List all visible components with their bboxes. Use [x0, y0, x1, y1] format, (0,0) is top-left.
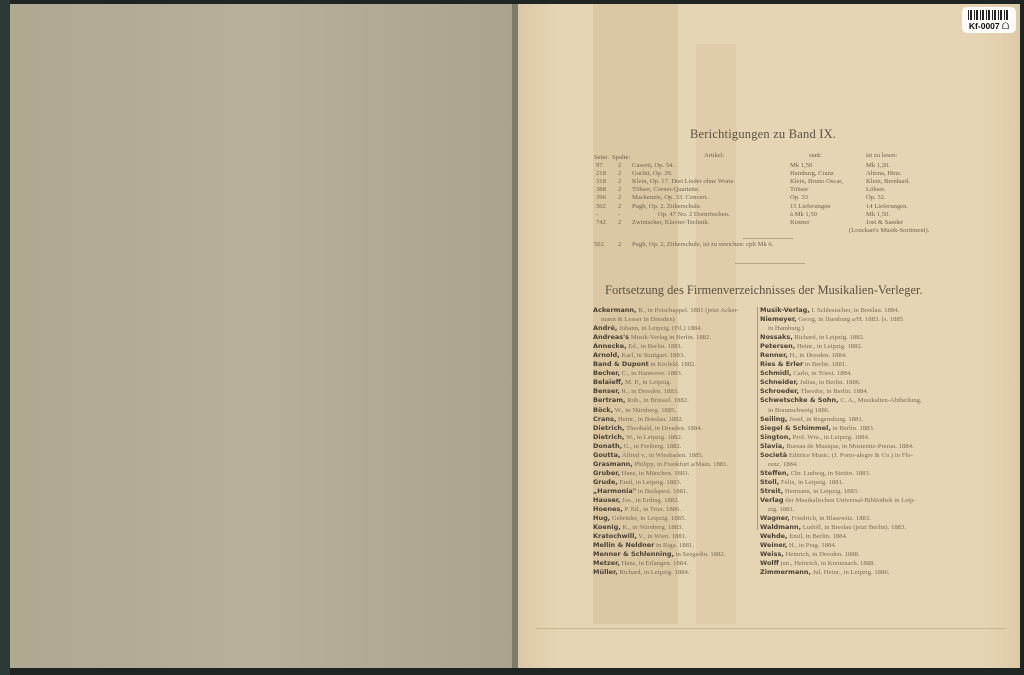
- archive-code: Kf-0007: [969, 21, 1000, 31]
- publisher-name: Ackermann,: [593, 306, 637, 314]
- publisher-name: Grasmann,: [593, 460, 633, 468]
- publisher-name: Menner & Schlenning,: [593, 550, 674, 558]
- publisher-name: „Harmonia": [593, 487, 636, 495]
- correction-lesen: Mk 1,20.: [866, 162, 890, 170]
- publisher-details: Ed., in Berlin. 1881.: [628, 343, 682, 350]
- publisher-details: M. P., in Leipzig.: [625, 379, 671, 386]
- publisher-name: Streit,: [760, 487, 783, 495]
- correction-spalte: 2: [618, 219, 621, 227]
- correction-spalte: 2: [618, 186, 621, 194]
- correction-seite: 218: [596, 170, 606, 178]
- publisher-details: Hermann, in Leipzig. 1883.: [785, 488, 859, 495]
- publisher-entry: Niemeyer, Georg, in Ilsenburg a/H. 1883.…: [760, 315, 922, 324]
- publisher-name: Sington,: [760, 433, 791, 441]
- header-lesen: ist zu lesen:: [866, 152, 897, 160]
- publisher-details: Prof. Wm., in Leipzig. 1884.: [793, 434, 870, 441]
- publisher-entry: Wagner, Friedrich, in Blasewitz. 1883.: [760, 514, 922, 523]
- publisher-entry: mann & Lesser in Dresden): [593, 315, 739, 324]
- publisher-name: Böck,: [593, 406, 613, 414]
- book-cover-edge: [0, 0, 10, 675]
- publisher-details: Theobald, in Dresden. 1884.: [626, 425, 702, 432]
- publisher-details: renz. 1884.: [768, 461, 798, 468]
- publisher-name: Petersen,: [760, 342, 795, 350]
- publisher-details: mann & Lesser in Dresden): [601, 316, 675, 323]
- publisher-details: in Riga. 1881.: [656, 542, 694, 549]
- publisher-details: Heinr., in Breslau. 1882.: [618, 416, 684, 423]
- publisher-entry: Ries & Erler in Berlin. 1881.: [760, 360, 922, 369]
- publisher-entry: Stoll, Felix, in Leipzig. 1881.: [760, 478, 922, 487]
- publisher-details: Josef, in Regensburg. 1881.: [789, 416, 863, 423]
- correction-lesen: Löhser.: [866, 186, 886, 194]
- publisher-entry: Andreas's Musik-Verlag in Berlin. 1882.: [593, 333, 739, 342]
- correction-statt: Klein, Bruno Oscar,: [790, 178, 843, 186]
- correction-lesen: Altona, Hinz.: [866, 170, 902, 178]
- publisher-entry: Streit, Hermann, in Leipzig. 1883.: [760, 487, 922, 496]
- publisher-entry: Schroeder, Theodor, in Berlin. 1884.: [760, 387, 922, 396]
- publisher-details: Theodor, in Berlin. 1884.: [801, 388, 869, 395]
- publisher-details: jun., Heinrich, in Kreuznach. 1888.: [781, 560, 876, 567]
- publisher-entry: Schneider, Julius, in Berlin. 1886.: [760, 378, 922, 387]
- publisher-entry: Mellin & Neldner in Riga. 1881.: [593, 541, 739, 550]
- publisher-name: Ries & Erler: [760, 360, 803, 368]
- publisher-details: R., in Dresden. 1883.: [622, 388, 679, 395]
- publisher-name: Andreas's: [593, 333, 629, 341]
- publisher-details: Emil, in Leipzig. 1883.: [619, 479, 681, 486]
- publisher-entry: Müller, Richard, in Leipzig. 1884.: [593, 568, 739, 577]
- publisher-name: Band & Dupont: [593, 360, 649, 368]
- publisher-details: in Krefeld. 1882.: [650, 361, 696, 368]
- publisher-details: C., in Hannover. 1883.: [622, 370, 683, 377]
- correction-seite: 742: [596, 219, 606, 227]
- publisher-details: Chr. Ludwig, in Stettin. 1883.: [791, 470, 871, 477]
- publisher-details: P. Ed., in Trier. 1886.: [624, 506, 681, 513]
- publisher-entry: Gruber, Hans, in München. 1883.: [593, 469, 739, 478]
- publisher-name: Hug,: [593, 514, 610, 522]
- publisher-details: Carlo, in Triest. 1884.: [793, 370, 852, 377]
- publisher-name: Schmidl,: [760, 369, 792, 377]
- publisher-name: Crans,: [593, 415, 616, 423]
- publisher-name: Bertram,: [593, 396, 626, 404]
- publisher-entry: Hoenes, P. Ed., in Trier. 1886.: [593, 505, 739, 514]
- publisher-details: Friedrich, in Blasewitz. 1883.: [791, 515, 871, 522]
- publisher-details: in Braunschweig 1886.: [768, 407, 830, 414]
- correction-artikel: Mackenzie, Op. 33. Concert.: [632, 194, 708, 202]
- publisher-name: Seiling,: [760, 415, 788, 423]
- publisher-entry: Wolff jun., Heinrich, in Kreuznach. 1888…: [760, 559, 922, 568]
- correction-statt: Kistner: [790, 219, 809, 227]
- publisher-name: Donath,: [593, 442, 622, 450]
- publisher-details: H., in Dresden. 1884.: [789, 352, 846, 359]
- publisher-details: Hans, in München. 1883.: [622, 470, 690, 477]
- publisher-name: Weiner,: [760, 541, 787, 549]
- publisher-name: Becher,: [593, 369, 620, 377]
- correction-spalte: 2: [618, 162, 621, 170]
- publisher-entry: Ackermann, R., in Potschappel. 1881 (jet…: [593, 306, 739, 315]
- publisher-details: W., in Nürnberg. 1885.: [615, 407, 676, 414]
- correction-statt: Hamburg, Cranz: [790, 170, 834, 178]
- publisher-details: V., in Wien. 1881.: [638, 533, 686, 540]
- publisher-entry: Schwetschke & Sohn, C. A., Musikalien-Ab…: [760, 396, 922, 405]
- publisher-entry: Hug, Gebrüder, in Leipzig. 1885.: [593, 514, 739, 523]
- publisher-entry: Becher, C., in Hannover. 1883.: [593, 369, 739, 378]
- publisher-entry: Kratochwill, V., in Wien. 1881.: [593, 532, 739, 541]
- publisher-name: Benser,: [593, 387, 620, 395]
- publisher-details: Alfred v., in Wiesbaden. 1885.: [622, 452, 704, 459]
- publisher-details: I. Schlesischer, in Breslau. 1884.: [811, 307, 899, 314]
- note-text: Pugh, Op. 2, Zitherschule, ist zu streic…: [632, 241, 773, 249]
- correction-seite: 97: [596, 162, 603, 170]
- publisher-details: Gebrüder, in Leipzig. 1885.: [612, 515, 686, 522]
- publisher-name: Siegel & Schimmel,: [760, 424, 831, 432]
- correction-lesen: Mk 1,50.: [866, 211, 890, 219]
- publisher-entry: Sington, Prof. Wm., in Leipzig. 1884.: [760, 433, 922, 442]
- publisher-entry: André, Johann, in Leipzig. (Fil.) 1884.: [593, 324, 739, 333]
- publisher-entry: Zimmermann, Jul. Heinr., in Leipzig. 188…: [760, 568, 922, 577]
- publisher-name: Waldmann,: [760, 523, 801, 531]
- publisher-details: Philipp, in Frankfurt a/Main. 1881.: [634, 461, 728, 468]
- publisher-entry: Goutta, Alfred v., in Wiesbaden. 1885.: [593, 451, 739, 460]
- publisher-entry: „Harmonia" in Budapest. 1881.: [593, 487, 739, 496]
- correction-artikel: Gurlitt, Op. 39.: [632, 170, 672, 178]
- publisher-details: C. A., Musikalien-Abtheilung,: [840, 397, 921, 404]
- publisher-entry: Band & Dupont in Krefeld. 1882.: [593, 360, 739, 369]
- publisher-details: Jul. Heinr., in Leipzig. 1886.: [813, 569, 890, 576]
- correction-artikel: Pugh, Op. 2. Zitherschule.: [632, 203, 701, 211]
- publisher-details: Bureau de Musique, in Mostenitz-Prerau. …: [786, 443, 913, 450]
- publisher-name: Kratochwill,: [593, 532, 637, 540]
- publisher-entry: Arnold, Karl, in Stuttgart. 1883.: [593, 351, 739, 360]
- publisher-entry: zig. 1881.: [760, 505, 922, 514]
- correction-spalte: 2: [618, 203, 621, 211]
- correction-lesen: Jost & Sander: [866, 219, 903, 227]
- correction-artikel: Klein, Op. 17. Drei Lieder ohne Worte: [632, 178, 734, 186]
- publisher-name: Verlag: [760, 496, 784, 504]
- publisher-name: Müller,: [593, 568, 618, 576]
- publishers-list-left: Ackermann, R., in Potschappel. 1881 (jet…: [593, 306, 739, 577]
- correction-artikel: Töhser, Cornet-Quartette.: [632, 186, 700, 194]
- publisher-details: der Musikalischen Universal-Bibliothek i…: [785, 497, 915, 504]
- publisher-name: Goutta,: [593, 451, 621, 459]
- publisher-name: Zimmermann,: [760, 568, 811, 576]
- publisher-details: Editrice Music. (J. Porto-alegre & Co.) …: [789, 452, 913, 459]
- publisher-entry: Crans, Heinr., in Breslau. 1882.: [593, 415, 739, 424]
- note-spalte: 2: [618, 241, 621, 249]
- header-artikel: Artikel:: [704, 152, 725, 160]
- correction-statt: 15 Lieferungen: [790, 203, 830, 211]
- publisher-name: Schwetschke & Sohn,: [760, 396, 839, 404]
- publisher-name: Steffen,: [760, 469, 789, 477]
- publisher-entry: Metzer, Hans, in Erlangen. 1884.: [593, 559, 739, 568]
- publisher-name: Metzer,: [593, 559, 620, 567]
- correction-artikel: Op. 47 No. 2 Dornröschen.: [658, 211, 730, 219]
- publisher-name: Hauser,: [593, 496, 620, 504]
- divider: [743, 238, 793, 239]
- publisher-entry: Musik-Verlag, I. Schlesischer, in Bresla…: [760, 306, 922, 315]
- correction-spalte: -: [618, 211, 620, 219]
- publisher-details: Johann, in Leipzig. (Fil.) 1884.: [619, 325, 702, 332]
- publisher-entry: Bertram, Rob., in Brüssel. 1882.: [593, 396, 739, 405]
- publisher-entry: Nossaks, Richard, in Leipzig. 1882.: [760, 333, 922, 342]
- publisher-details: Heinrich, in Dresden. 1888.: [785, 551, 859, 558]
- publisher-entry: Dietrich, W., in Leipzig. 1882.: [593, 433, 739, 442]
- header-seite: Seite:: [594, 154, 609, 162]
- publisher-name: Hoenes,: [593, 505, 623, 513]
- publisher-name: Dietrich,: [593, 424, 625, 432]
- correction-seite: 388: [596, 186, 606, 194]
- publisher-name: Wehde,: [760, 532, 788, 540]
- publisher-details: in Berlin. 1881.: [805, 361, 847, 368]
- publisher-name: Società: [760, 451, 787, 459]
- publisher-name: Wagner,: [760, 514, 790, 522]
- publisher-entry: Weiss, Heinrich, in Dresden. 1888.: [760, 550, 922, 559]
- publisher-name: Belaieff,: [593, 378, 623, 386]
- publisher-entry: Benser, R., in Dresden. 1883.: [593, 387, 739, 396]
- publishers-title: Fortsetzung des Firmenverzeichnisses der…: [605, 283, 923, 298]
- publisher-entry: in Braunschweig 1886.: [760, 406, 922, 415]
- publisher-entry: Belaieff, M. P., in Leipzig.: [593, 378, 739, 387]
- publisher-details: H., in Prag. 1884.: [789, 542, 836, 549]
- publisher-details: Heinr., in Leipzig. 1882.: [797, 343, 863, 350]
- publisher-entry: Annecke, Ed., in Berlin. 1881.: [593, 342, 739, 351]
- publisher-entry: Steffen, Chr. Ludwig, in Stettin. 1883.: [760, 469, 922, 478]
- publisher-name: Musik-Verlag,: [760, 306, 810, 314]
- divider: [735, 263, 805, 264]
- correction-seite: -: [596, 211, 598, 219]
- publisher-details: Julius, in Berlin. 1886.: [800, 379, 861, 386]
- publisher-name: Weiss,: [760, 550, 784, 558]
- publisher-entry: Hauser, Jos., in Erding. 1882.: [593, 496, 739, 505]
- publisher-entry: Donath, G., in Freiberg. 1882.: [593, 442, 739, 451]
- archive-mark: ᗝ: [1002, 21, 1009, 31]
- correction-seite: 318: [596, 178, 606, 186]
- publisher-details: W., in Leipzig. 1882.: [626, 434, 682, 441]
- publisher-details: Georg, in Ilsenburg a/H. 1883. (s. 1885: [798, 316, 903, 323]
- publisher-entry: Grasmann, Philipp, in Frankfurt a/Main. …: [593, 460, 739, 469]
- publisher-name: Schroeder,: [760, 387, 799, 395]
- publisher-name: Niemeyer,: [760, 315, 797, 323]
- note-seite: 502: [594, 241, 604, 249]
- publisher-entry: Böck, W., in Nürnberg. 1885.: [593, 406, 739, 415]
- publisher-entry: Petersen, Heinr., in Leipzig. 1882.: [760, 342, 922, 351]
- correction-seite: 502: [596, 203, 606, 211]
- barcode-icon: [968, 10, 1010, 20]
- publisher-entry: Schmidl, Carlo, in Triest. 1884.: [760, 369, 922, 378]
- publisher-name: Nossaks,: [760, 333, 793, 341]
- publisher-details: R., in Potschappel. 1881 (jetzt Acker-: [638, 307, 739, 314]
- publisher-name: Wolff: [760, 559, 779, 567]
- publisher-entry: in Hamburg.): [760, 324, 922, 333]
- blank-left-page: [10, 4, 512, 668]
- correction-statt: Töhser: [790, 186, 808, 194]
- publisher-details: in Berlin. 1883.: [833, 425, 875, 432]
- publisher-entry: renz. 1884.: [760, 460, 922, 469]
- publisher-entry: Slavia, Bureau de Musique, in Mostenitz-…: [760, 442, 922, 451]
- publisher-details: Rob., in Brüssel. 1882.: [627, 397, 689, 404]
- correction-lesen: (Louckart's Musik-Sortiment).: [849, 227, 929, 235]
- publisher-details: in Budapest. 1881.: [638, 488, 688, 495]
- publisher-name: Grude,: [593, 478, 618, 486]
- publisher-details: Richard, in Leipzig. 1884.: [619, 569, 689, 576]
- correction-spalte: 2: [618, 178, 621, 186]
- column-divider: [757, 307, 758, 530]
- correction-lesen: 14 Lieferungen.: [866, 203, 908, 211]
- publisher-details: in Hamburg.): [768, 325, 804, 332]
- publisher-entry: Dietrich, Theobald, in Dresden. 1884.: [593, 424, 739, 433]
- publisher-entry: Grude, Emil, in Leipzig. 1883.: [593, 478, 739, 487]
- publisher-entry: Seiling, Josef, in Regensburg. 1881.: [760, 415, 922, 424]
- publisher-entry: Wehde, Emil, in Berlin. 1884.: [760, 532, 922, 541]
- publisher-name: Mellin & Neldner: [593, 541, 654, 549]
- corrections-title: Berichtigungen zu Band IX.: [690, 127, 836, 142]
- publisher-name: Stoll,: [760, 478, 779, 486]
- publisher-entry: Koenig, K., in Nürnberg. 1883.: [593, 523, 739, 532]
- correction-lesen: Op. 32.: [866, 194, 886, 202]
- publisher-entry: Weiner, H., in Prag. 1884.: [760, 541, 922, 550]
- publisher-entry: Renner, H., in Dresden. 1884.: [760, 351, 922, 360]
- publisher-name: Annecke,: [593, 342, 627, 350]
- correction-lesen: Klein, Bernhard.: [866, 178, 910, 186]
- publisher-name: André,: [593, 324, 617, 332]
- header-statt: statt:: [809, 152, 822, 160]
- publisher-details: Jos., in Erding. 1882.: [622, 497, 679, 504]
- archive-label: Kf-0007 ᗝ: [962, 7, 1016, 33]
- correction-artikel: Zwintscher, Klavier-Technik.: [632, 219, 709, 227]
- publisher-details: Ludolf, in Breslau (jetzt Berlin). 1883.: [803, 524, 906, 531]
- publisher-details: G., in Freiberg. 1882.: [624, 443, 682, 450]
- publisher-entry: Società Editrice Music. (J. Porto-alegre…: [760, 451, 922, 460]
- correction-artikel: Casorti, Op. 54.: [632, 162, 674, 170]
- correction-spalte: 2: [618, 194, 621, 202]
- publisher-entry: Menner & Schlenning, in Szegedin. 1882.: [593, 550, 739, 559]
- publisher-details: Richard, in Leipzig. 1882.: [794, 334, 864, 341]
- publisher-entry: Siegel & Schimmel, in Berlin. 1883.: [760, 424, 922, 433]
- publisher-details: K., in Nürnberg. 1883.: [622, 524, 683, 531]
- correction-seite: 396: [596, 194, 606, 202]
- page-fold-line: [536, 628, 1006, 629]
- publisher-details: Felix, in Leipzig. 1881.: [781, 479, 844, 486]
- publishers-list-right: Musik-Verlag, I. Schlesischer, in Bresla…: [760, 306, 922, 577]
- publisher-details: Emil, in Berlin. 1884.: [789, 533, 847, 540]
- publisher-details: Karl, in Stuttgart. 1883.: [621, 352, 685, 359]
- publisher-name: Slavia,: [760, 442, 785, 450]
- correction-statt: à Mk 1,50: [790, 211, 817, 219]
- publisher-entry: Verlag der Musikalischen Universal-Bibli…: [760, 496, 922, 505]
- publisher-name: Gruber,: [593, 469, 620, 477]
- publisher-entry: Waldmann, Ludolf, in Breslau (jetzt Berl…: [760, 523, 922, 532]
- publisher-name: Schneider,: [760, 378, 798, 386]
- correction-statt: Mk 1,50: [790, 162, 812, 170]
- publisher-details: in Szegedin. 1882.: [676, 551, 726, 558]
- publisher-name: Arnold,: [593, 351, 620, 359]
- publisher-name: Dietrich,: [593, 433, 625, 441]
- correction-statt: Op. 33: [790, 194, 808, 202]
- header-spalte: Spalte:: [612, 154, 630, 162]
- publisher-details: Musik-Verlag in Berlin. 1882.: [631, 334, 711, 341]
- publisher-name: Renner,: [760, 351, 788, 359]
- publisher-name: Koenig,: [593, 523, 621, 531]
- publisher-details: zig. 1881.: [768, 506, 795, 513]
- publisher-details: Hans, in Erlangen. 1884.: [622, 560, 689, 567]
- correction-spalte: 2: [618, 170, 621, 178]
